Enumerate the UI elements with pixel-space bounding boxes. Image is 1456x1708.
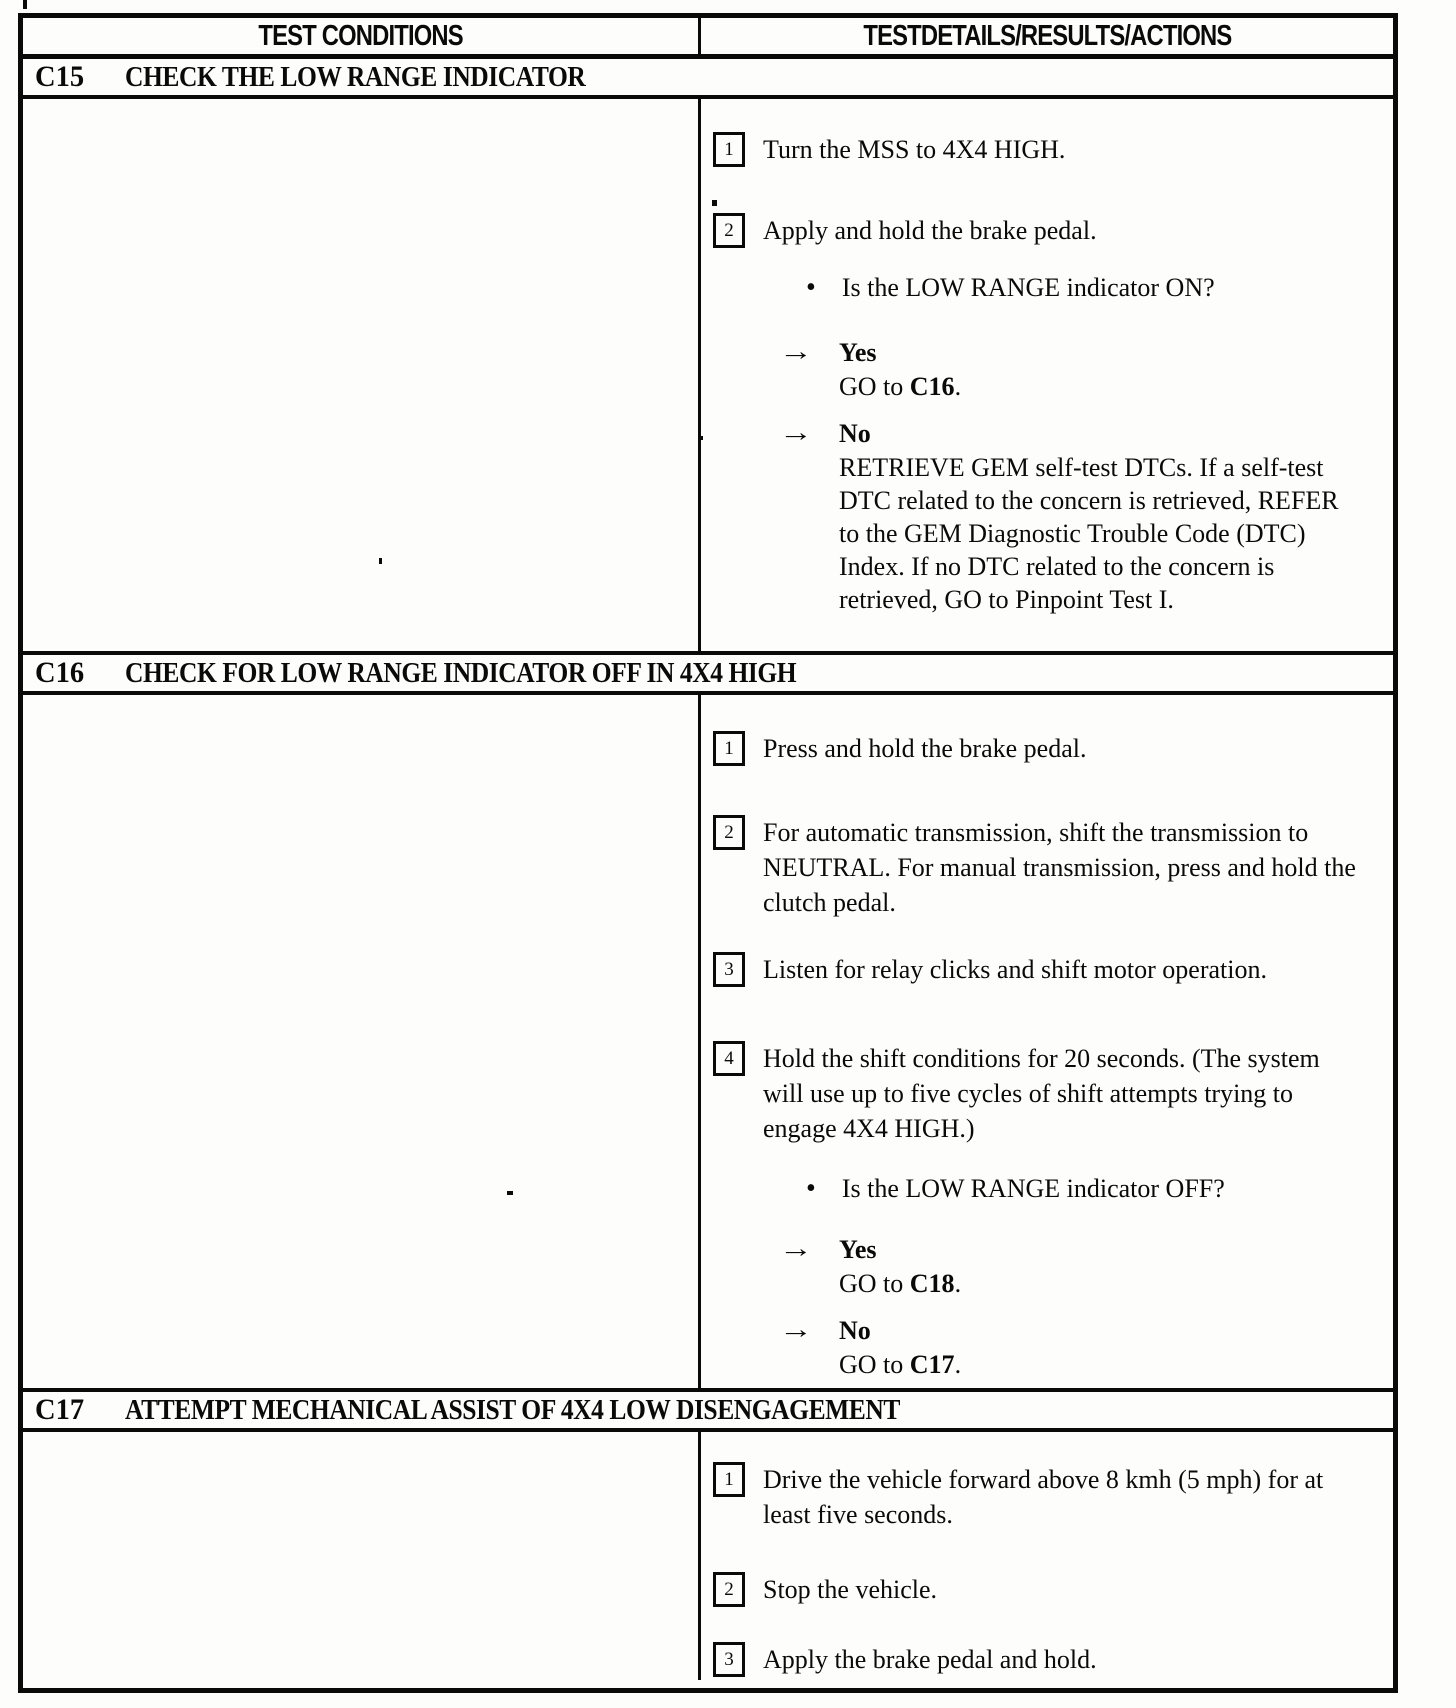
- step-text: Stop the vehicle.: [763, 1572, 1383, 1607]
- arrow-right-icon: →: [779, 1313, 832, 1346]
- step-text: Hold the shift conditions for 20 seconds…: [763, 1041, 1363, 1146]
- step-number-box: 1: [713, 1462, 745, 1497]
- header-cell-test-conditions: TEST CONDITIONS: [23, 18, 701, 54]
- branch-label: Yes: [839, 335, 1379, 370]
- c15-branch-no: → No RETRIEVE GEM self-test DTCs. If a s…: [701, 416, 1393, 616]
- c17-step-2: 2 Stop the vehicle.: [701, 1572, 1393, 1607]
- c17-test-conditions-cell: [23, 1432, 701, 1680]
- question-text: Is the LOW RANGE indicator OFF?: [842, 1171, 1382, 1206]
- action-step-ref: C17: [910, 1350, 955, 1379]
- pinpoint-test-table: TEST CONDITIONS TESTDETAILS/RESULTS/ACTI…: [18, 13, 1398, 1693]
- step-number-box: 1: [713, 731, 745, 766]
- bullet-icon: •: [806, 1171, 816, 1206]
- section-c17-id: C17: [35, 1393, 84, 1427]
- branch-action: RETRIEVE GEM self-test DTCs. If a self-t…: [839, 451, 1339, 616]
- step-text: Drive the vehicle forward above 8 kmh (5…: [763, 1462, 1343, 1532]
- action-step-ref: C18: [910, 1269, 955, 1298]
- section-c17-title-row: C17 ATTEMPT MECHANICAL ASSIST OF 4X4 LOW…: [23, 1392, 1393, 1432]
- c16-step-3: 3 Listen for relay clicks and shift moto…: [701, 952, 1393, 987]
- arrow-right-icon: →: [779, 1232, 832, 1265]
- c16-step-4: 4 Hold the shift conditions for 20 secon…: [701, 1041, 1393, 1146]
- section-c15-id: C15: [35, 60, 84, 94]
- step-text: Turn the MSS to 4X4 HIGH.: [763, 132, 1383, 167]
- branch-action: GO to C18.: [839, 1267, 1379, 1301]
- step-text: Press and hold the brake pedal.: [763, 731, 1383, 766]
- branch-body: Yes GO to C16.: [839, 335, 1379, 404]
- c17-step-1: 1 Drive the vehicle forward above 8 kmh …: [701, 1462, 1393, 1532]
- scanned-document-page: TEST CONDITIONS TESTDETAILS/RESULTS/ACTI…: [0, 0, 1456, 1708]
- section-c17-body-row: 1 Drive the vehicle forward above 8 kmh …: [23, 1432, 1393, 1680]
- c17-step-3: 3 Apply the brake pedal and hold.: [701, 1642, 1393, 1677]
- section-c15-title: CHECK THE LOW RANGE INDICATOR: [125, 61, 585, 94]
- branch-label: Yes: [839, 1232, 1379, 1267]
- section-c15-body-row: 1 Turn the MSS to 4X4 HIGH. 2 Apply and …: [23, 99, 1393, 655]
- section-c15-title-row: C15 CHECK THE LOW RANGE INDICATOR: [23, 59, 1393, 99]
- bullet-icon: •: [806, 270, 816, 305]
- arrow-right-icon: →: [779, 335, 832, 368]
- step-text: Apply the brake pedal and hold.: [763, 1642, 1383, 1677]
- c17-test-details-cell: 1 Drive the vehicle forward above 8 kmh …: [701, 1432, 1393, 1680]
- c15-step-2: 2 Apply and hold the brake pedal.: [701, 213, 1393, 248]
- scan-artifact-dot: [379, 558, 382, 564]
- section-c16-body-row: 1 Press and hold the brake pedal. 2 For …: [23, 695, 1393, 1392]
- step-number-box: 2: [713, 815, 745, 850]
- step-number-box: 2: [713, 1572, 745, 1607]
- scan-artifact-dot: [712, 200, 717, 206]
- c16-step-2: 2 For automatic transmission, shift the …: [701, 815, 1393, 920]
- step-number-box: 1: [713, 132, 745, 167]
- step-number-box: 4: [713, 1041, 745, 1076]
- c16-question: • Is the LOW RANGE indicator OFF?: [701, 1171, 1393, 1206]
- branch-label: No: [839, 1313, 1379, 1348]
- question-text: Is the LOW RANGE indicator ON?: [842, 270, 1382, 305]
- c15-branch-yes: → Yes GO to C16.: [701, 335, 1393, 404]
- branch-action: GO to C16.: [839, 370, 1379, 404]
- action-text: GO to: [839, 1350, 910, 1379]
- section-c16-id: C16: [35, 656, 84, 690]
- step-text: Listen for relay clicks and shift motor …: [763, 952, 1383, 987]
- c16-branch-yes: → Yes GO to C18.: [701, 1232, 1393, 1301]
- column-header-test-details: TESTDETAILS/RESULTS/ACTIONS: [863, 20, 1231, 53]
- action-step-ref: C16: [910, 372, 955, 401]
- branch-body: No RETRIEVE GEM self-test DTCs. If a sel…: [839, 416, 1339, 616]
- branch-label: No: [839, 416, 1339, 451]
- step-text: Apply and hold the brake pedal.: [763, 213, 1383, 248]
- c16-test-details-cell: 1 Press and hold the brake pedal. 2 For …: [701, 695, 1393, 1388]
- scan-artifact-tick: [23, 0, 27, 9]
- branch-body: Yes GO to C18.: [839, 1232, 1379, 1301]
- branch-body: No GO to C17.: [839, 1313, 1379, 1382]
- action-text-after: .: [955, 1269, 962, 1298]
- column-header-test-conditions: TEST CONDITIONS: [258, 20, 462, 53]
- step-number-box: 3: [713, 952, 745, 987]
- action-text: GO to: [839, 372, 910, 401]
- action-text-after: .: [955, 372, 962, 401]
- table-header-row: TEST CONDITIONS TESTDETAILS/RESULTS/ACTI…: [23, 18, 1393, 59]
- action-text: GO to: [839, 1269, 910, 1298]
- action-text-after: .: [955, 1350, 962, 1379]
- section-c16-title-row: C16 CHECK FOR LOW RANGE INDICATOR OFF IN…: [23, 655, 1393, 695]
- c16-test-conditions-cell: [23, 695, 701, 1388]
- c15-test-conditions-cell: [23, 99, 701, 651]
- header-cell-test-details: TESTDETAILS/RESULTS/ACTIONS: [701, 18, 1393, 54]
- step-text: For automatic transmission, shift the tr…: [763, 815, 1363, 920]
- scan-artifact-dot: [507, 1191, 513, 1195]
- step-number-box: 2: [713, 213, 745, 248]
- section-c16-title: CHECK FOR LOW RANGE INDICATOR OFF IN 4X4…: [125, 657, 796, 690]
- action-text: RETRIEVE GEM self-test DTCs. If a self-t…: [839, 453, 1339, 614]
- arrow-right-icon: →: [779, 416, 832, 449]
- c15-test-details-cell: 1 Turn the MSS to 4X4 HIGH. 2 Apply and …: [701, 99, 1393, 651]
- step-number-box: 3: [713, 1642, 745, 1677]
- c15-question: • Is the LOW RANGE indicator ON?: [701, 270, 1393, 305]
- scan-artifact-dot: [699, 436, 703, 440]
- c15-step-1: 1 Turn the MSS to 4X4 HIGH.: [701, 132, 1393, 167]
- branch-action: GO to C17.: [839, 1348, 1379, 1382]
- c16-branch-no: → No GO to C17.: [701, 1313, 1393, 1382]
- section-c17-title: ATTEMPT MECHANICAL ASSIST OF 4X4 LOW DIS…: [125, 1394, 900, 1427]
- c16-step-1: 1 Press and hold the brake pedal.: [701, 731, 1393, 766]
